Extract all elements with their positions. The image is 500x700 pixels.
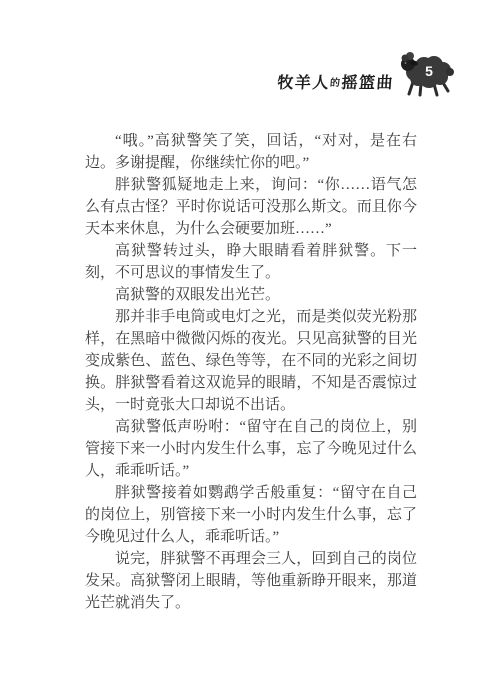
page-number: 5 (425, 63, 433, 79)
chapter-title: 牧羊人的摇篮曲 (277, 56, 396, 93)
chapter-title-part2: 摇篮曲 (341, 75, 395, 92)
sheep-page-number-icon: 5 (398, 50, 454, 98)
paragraph-3: 高狱警转过头，睁大眼睛看着胖狱警。下一刻，不可思议的事情发生了。 (85, 240, 417, 284)
paragraph-1: “哦。”高狱警笑了笑，回话，“对对，是在右边。多谢提醒，你继续忙你的吧。” (85, 130, 417, 174)
body-text: “哦。”高狱警笑了笑，回话，“对对，是在右边。多谢提醒，你继续忙你的吧。” 胖狱… (85, 130, 417, 614)
paragraph-5: 那并非手电筒或电灯之光，而是类似荧光粉那样，在黑暗中微微闪烁的夜光。只见高狱警的… (85, 306, 417, 416)
paragraph-2: 胖狱警狐疑地走上来，询问：“你……语气怎么有点古怪？平时你说话可没那么斯文。而且… (85, 174, 417, 240)
chapter-title-part1: 牧羊人 (277, 75, 331, 92)
page-header: 牧羊人的摇篮曲 (278, 50, 454, 98)
paragraph-7: 胖狱警接着如鹦鹉学舌般重复：“留守在自己的岗位上，别管接下来一小时内发生什么事，… (85, 482, 417, 548)
paragraph-4: 高狱警的双眼发出光芒。 (85, 284, 417, 306)
paragraph-6: 高狱警低声吩咐：“留守在自己的岗位上，别管接下来一小时内发生什么事，忘了今晚见过… (85, 416, 417, 482)
book-page: 牧羊人的摇篮曲 (0, 0, 500, 700)
paragraph-8: 说完，胖狱警不再理会三人，回到自己的岗位发呆。高狱警闭上眼睛，等他重新睁开眼来，… (85, 548, 417, 614)
